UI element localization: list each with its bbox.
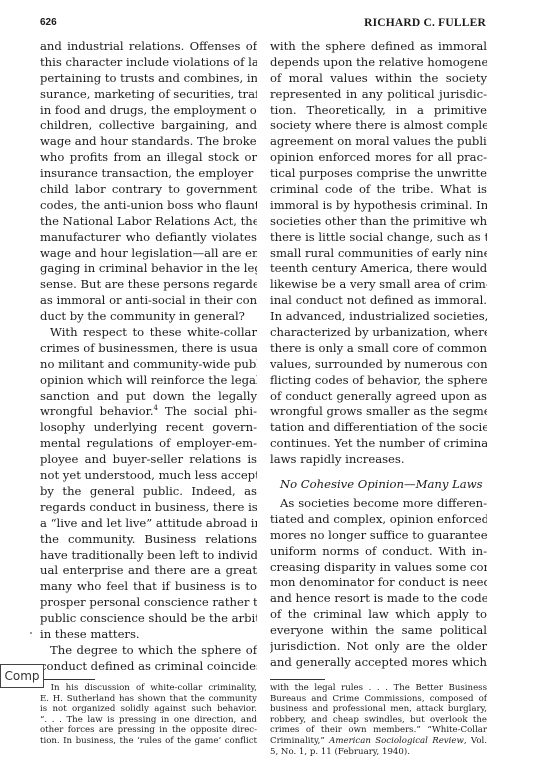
text-line: of the criminal law which apply to — [270, 607, 487, 623]
text-line: wage and hour standards. The broker — [40, 134, 257, 150]
text-line: not yet understood, much less accepted — [40, 468, 257, 484]
footnote-left: 4 In his discussion of white-collar crim… — [40, 683, 257, 747]
text-line: there is only a small core of common — [270, 341, 487, 357]
text-line: codes, the anti-union boss who flaunts — [40, 198, 257, 214]
paragraph-start-line: The degree to which the sphere of — [40, 643, 257, 659]
text-line: in these matters. — [40, 627, 257, 643]
footnote-line: Bureaus and Crime Commissions, composed … — [270, 694, 487, 705]
footnote-line: robbery, and cheap swindles, but overloo… — [270, 715, 487, 726]
text-line: children, collective bargaining, and — [40, 118, 257, 134]
text-line: characterized by urbanization, where — [270, 325, 487, 341]
footnote-line: “. . . The law is pressing in one direct… — [40, 715, 257, 726]
text-line: jurisdiction. Not only are the older — [270, 639, 487, 655]
text-fragment: Criminality,” — [270, 736, 329, 746]
text-line: child labor contrary to government — [40, 182, 257, 198]
text-line: regards conduct in business, there is — [40, 500, 257, 516]
footnote-line: 4 In his discussion of white-collar crim… — [40, 683, 257, 694]
text-line: and hence resort is made to the codes — [270, 591, 487, 607]
text-line: there is little social change, such as t… — [270, 230, 487, 246]
text-line: creasing disparity in values some com- — [270, 560, 487, 576]
text-line: criminal code of the tribe. What is — [270, 182, 487, 198]
text-line: with the sphere defined as immoral — [270, 39, 487, 55]
text-line: the National Labor Relations Act, the — [40, 214, 257, 230]
text-line: opinion which will reinforce the legal — [40, 373, 257, 389]
text-line: in food and drugs, the employment of — [40, 103, 257, 119]
text-line: ual enterprise and there are a great — [40, 563, 257, 579]
text-line: values, surrounded by numerous con- — [270, 357, 487, 373]
text-line: depends upon the relative homogeneity — [270, 55, 487, 71]
text-line: no militant and community-wide public — [40, 357, 257, 373]
text-fragment: The social phi- — [158, 404, 257, 418]
footnote-line: tion. In business, the ‘rules of the gam… — [40, 736, 257, 747]
text-line: of conduct generally agreed upon as — [270, 389, 487, 405]
text-line: everyone within the same political — [270, 623, 487, 639]
footnote-line: crimes of their own members.” “White-Col… — [270, 725, 487, 736]
text-line: of moral values within the society — [270, 71, 487, 87]
text-line: inal conduct not defined as immoral. — [270, 293, 487, 309]
text-line: small rural communities of early nine- — [270, 246, 487, 262]
text-fragment: In his discussion of white-collar crimin… — [51, 683, 257, 693]
text-line: prosper personal conscience rather than — [40, 595, 257, 611]
text-line: uniform norms of conduct. With in- — [270, 544, 487, 560]
text-fragment: , Vol. — [464, 736, 487, 746]
right-column: with the sphere defined as immoral depen… — [270, 39, 487, 671]
text-line: tiated and complex, opinion enforced — [270, 512, 487, 528]
footnote-right: with the legal rules . . . The Better Bu… — [270, 683, 487, 757]
footnote-line: with the legal rules . . . The Better Bu… — [270, 683, 487, 694]
scan-artifact-dot — [30, 632, 32, 634]
text-line: flicting codes of behavior, the sphere — [270, 373, 487, 389]
text-line: public conscience should be the arbiter — [40, 611, 257, 627]
text-line: tation and differentiation of the societ… — [270, 420, 487, 436]
text-line: insurance transaction, the employer of — [40, 166, 257, 182]
text-line: and generally accepted mores which — [270, 655, 487, 671]
text-line: who profits from an illegal stock or — [40, 150, 257, 166]
text-line: continues. Yet the number of criminal — [270, 436, 487, 452]
text-line: mon denominator for conduct is needed — [270, 575, 487, 591]
text-line: In advanced, industrialized societies, — [270, 309, 487, 325]
footnote-line: other forces are pressing in the opposit… — [40, 725, 257, 736]
paragraph-start-line: As societies become more differen- — [270, 496, 487, 512]
text-line: immoral is by hypothesis criminal. In — [270, 198, 487, 214]
paragraph-start-line: With respect to these white-collar — [40, 325, 257, 341]
left-column: and industrial relations. Offenses of th… — [40, 39, 257, 675]
text-line: laws rapidly increases. — [270, 452, 487, 468]
text-line: ployee and buyer-seller relations is — [40, 452, 257, 468]
text-line: surance, marketing of securities, traffi… — [40, 87, 257, 103]
text-line: tical purposes comprise the unwritten — [270, 166, 487, 182]
page-number: 626 — [40, 17, 57, 28]
footnote-line: is not organized solidly against such be… — [40, 704, 257, 715]
footnote-line: E. H. Sutherland has shown that the comm… — [40, 694, 257, 705]
text-line: manufacturer who defiantly violates — [40, 230, 257, 246]
footnote-line: 5, No. 1, p. 11 (February, 1940). — [270, 747, 487, 758]
footnote-line: business and professional men, attack bu… — [270, 704, 487, 715]
running-head-author: RICHARD C. FULLER — [364, 17, 486, 29]
text-line: duct by the community in general? — [40, 309, 257, 325]
text-line: conduct defined as criminal coincides — [40, 659, 257, 675]
page-header: 626 RICHARD C. FULLER — [40, 17, 486, 31]
text-line: many who feel that if business is to — [40, 579, 257, 595]
text-line: wage and hour legislation—all are en- — [40, 246, 257, 262]
footnote-separator-rule — [40, 679, 95, 680]
text-line: by the general public. Indeed, as — [40, 484, 257, 500]
section-heading: No Cohesive Opinion—Many Laws — [270, 477, 487, 493]
footnote-citation-line: Criminality,” American Sociological Revi… — [270, 736, 487, 747]
text-line: crimes of businessmen, there is usually — [40, 341, 257, 357]
text-line: agreement on moral values the public — [270, 134, 487, 150]
text-line: society where there is almost complete — [270, 118, 487, 134]
text-line: as immoral or anti-social in their con- — [40, 293, 257, 309]
text-line: teenth century America, there would — [270, 261, 487, 277]
text-line: opinion enforced mores for all prac- — [270, 150, 487, 166]
text-line: mores no longer suffice to guarantee — [270, 528, 487, 544]
text-line: this character include violations of law… — [40, 55, 257, 71]
text-line: losophy underlying recent govern- — [40, 420, 257, 436]
text-line: represented in any political jurisdic- — [270, 87, 487, 103]
text-line: sanction and put down the legally — [40, 389, 257, 405]
journal-title: American Sociological Review — [329, 736, 464, 746]
text-line: and industrial relations. Offenses of — [40, 39, 257, 55]
text-line: a “live and let live” attitude abroad in — [40, 516, 257, 532]
text-line: wrongful grows smaller as the segmen- — [270, 404, 487, 420]
text-line: pertaining to trusts and combines, in- — [40, 71, 257, 87]
text-line: mental regulations of employer-em- — [40, 436, 257, 452]
text-line: the community. Business relations — [40, 532, 257, 548]
text-line-with-footnote-ref: wrongful behavior.4 The social phi- — [40, 404, 257, 420]
text-line: gaging in criminal behavior in the legal — [40, 261, 257, 277]
comp-overlay-button[interactable]: Comp — [0, 664, 44, 688]
text-line: societies other than the primitive where — [270, 214, 487, 230]
text-line: likewise be a very small area of crim- — [270, 277, 487, 293]
text-line: have traditionally been left to individ- — [40, 548, 257, 564]
text-line: tion. Theoretically, in a primitive — [270, 103, 487, 119]
footnote-separator-rule — [270, 679, 325, 680]
text-line: sense. But are these persons regarded — [40, 277, 257, 293]
text-fragment: wrongful behavior. — [40, 404, 154, 418]
